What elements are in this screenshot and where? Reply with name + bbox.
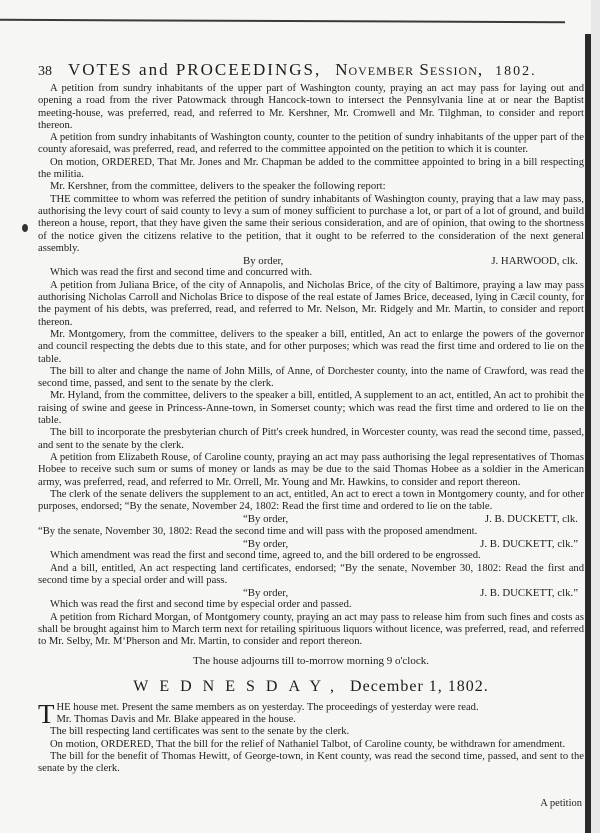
signature-line: By order, J. HARWOOD, clk. [38, 255, 584, 267]
paragraph: Mr. Thomas Davis and Mr. Blake appeared … [38, 714, 584, 726]
adjournment-line: The house adjourns till to-morrow mornin… [38, 655, 584, 668]
paragraph: Mr. Hyland, from the committee, delivers… [38, 390, 584, 427]
paragraph: The clerk of the senate delivers the sup… [38, 489, 584, 514]
paragraph: On motion, ORDERED, That the bill for th… [38, 739, 584, 751]
paragraph: Which was read the first and second time… [38, 267, 584, 279]
margin-ink-mark [22, 224, 28, 232]
signature-clerk: J. B. DUCKETT, clk. [485, 513, 578, 525]
paragraph: On motion, ORDERED, That Mr. Jones and M… [38, 157, 584, 182]
header-title: VOTES and PROCEEDINGS, [68, 60, 321, 80]
paragraph: The bill to alter and change the name of… [38, 366, 584, 391]
committee-report: THE committee to whom was referred the p… [38, 194, 584, 255]
signature-by-order: By order, [243, 255, 283, 267]
day-name: WEDNESDAY, [133, 678, 345, 695]
page-top-rule [0, 19, 565, 23]
signature-clerk: J. B. DUCKETT, clk.” [480, 538, 578, 550]
paragraph: A petition from Juliana Brice, of the ci… [38, 280, 584, 329]
header-year: 1802. [495, 64, 537, 80]
running-header: 38 VOTES and PROCEEDINGS, November Sessi… [38, 60, 584, 80]
paragraph: And a bill, entitled, An act respecting … [38, 563, 584, 588]
paragraph: Which was read the first and second time… [38, 599, 584, 611]
signature-by-order: “By order, [243, 538, 288, 550]
catchword: A petition [540, 798, 582, 809]
signature-clerk: J. B. DUCKETT, clk.” [480, 587, 578, 599]
paragraph: A petition from sundry inhabitants of Wa… [38, 132, 584, 157]
page-number: 38 [38, 64, 52, 80]
paragraph: Mr. Kershner, from the committee, delive… [38, 181, 584, 193]
paragraph: Which amendment was read the first and s… [38, 550, 584, 562]
header-session: November Session, [335, 60, 483, 80]
paragraph: HE house met. Present the same members a… [38, 702, 584, 714]
paragraph: The bill respecting land certificates wa… [38, 726, 584, 738]
paragraph: A petition from sundry inhabitants of th… [38, 83, 584, 132]
paragraph: Mr. Montgomery, from the committee, deli… [38, 329, 584, 366]
senate-note: “By the senate, November 30, 1802: Read … [38, 526, 584, 538]
signature-by-order: “By order, [243, 587, 288, 599]
signature-line: “By order, J. B. DUCKETT, clk. [38, 513, 584, 525]
paragraph: The bill to incorporate the presbyterian… [38, 427, 584, 452]
signature-line: “By order, J. B. DUCKETT, clk.” [38, 538, 584, 550]
day-heading: WEDNESDAY, December 1, 1802. [38, 678, 584, 696]
signature-line: “By order, J. B. DUCKETT, clk.” [38, 587, 584, 599]
paragraph: A petition from Richard Morgan, of Montg… [38, 612, 584, 649]
facing-page-edge [591, 0, 600, 833]
paragraph: A petition from Elizabeth Rouse, of Caro… [38, 452, 584, 489]
paragraph: The bill for the benefit of Thomas Hewit… [38, 751, 584, 776]
day-date: December 1, 1802. [350, 678, 489, 695]
signature-by-order: “By order, [243, 513, 288, 525]
signature-clerk: J. HARWOOD, clk. [491, 255, 578, 267]
wednesday-opening: T HE house met. Present the same members… [38, 702, 584, 727]
drop-cap: T [38, 703, 55, 725]
document-page: 38 VOTES and PROCEEDINGS, November Sessi… [38, 60, 584, 775]
